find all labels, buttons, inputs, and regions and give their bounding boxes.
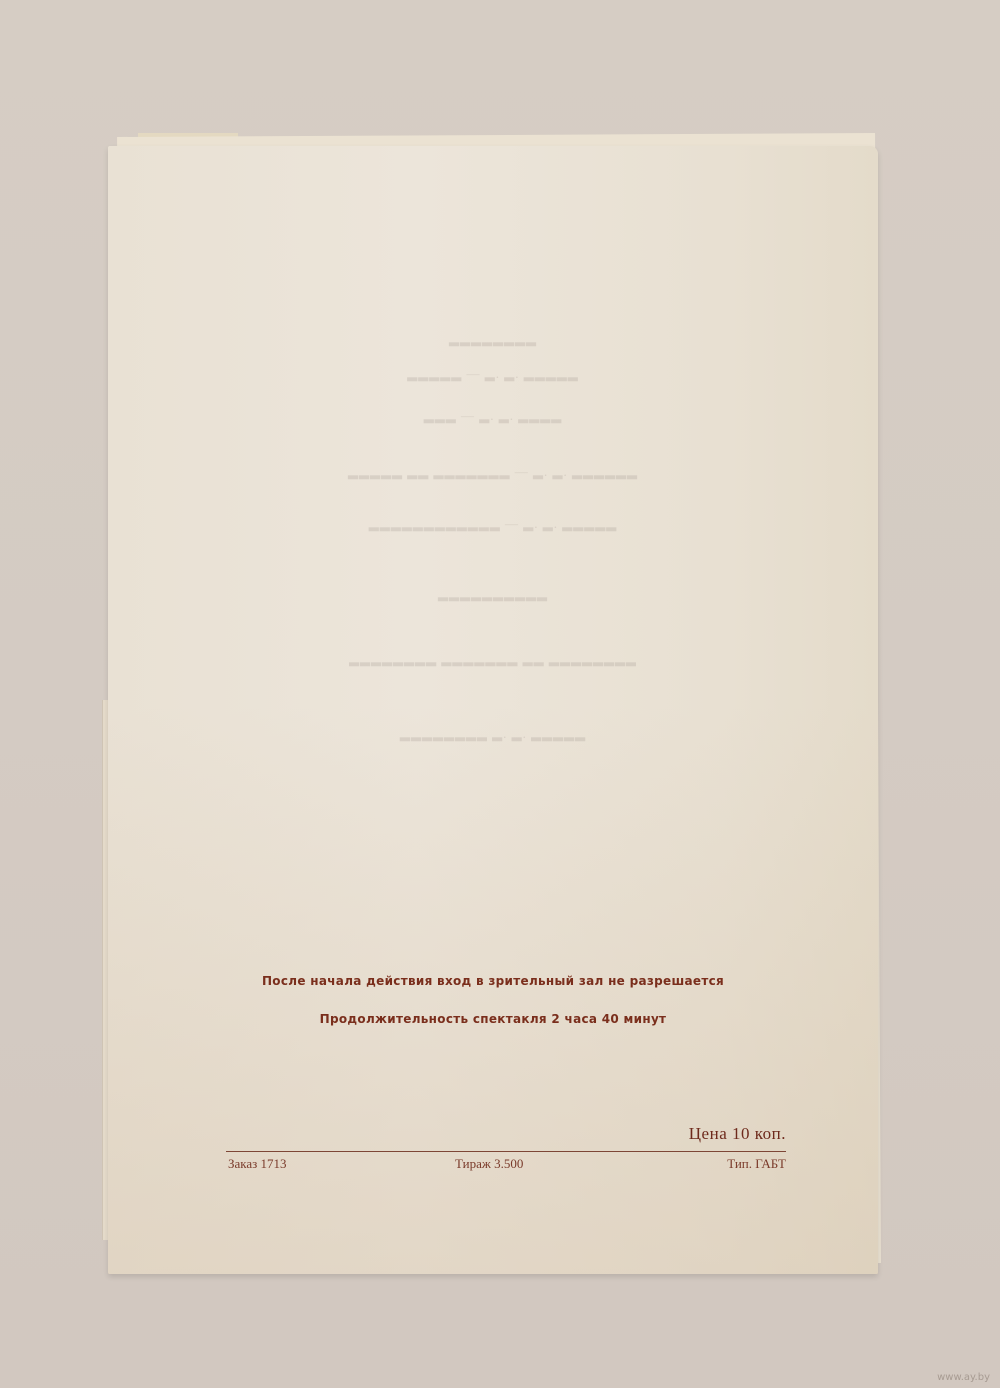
watermark: www.ay.by [937, 1372, 990, 1383]
order-number: Заказ 1713 [228, 1156, 287, 1172]
printer-name: Тип. ГАБТ [727, 1156, 786, 1172]
duration-notice: Продолжительность спектакля 2 часа 40 ми… [108, 1012, 878, 1026]
print-run: Тираж 3.500 [455, 1156, 523, 1172]
show-through-text: ▂▂▂ — ▂. ▂. ▂▂▂▂ [108, 408, 878, 424]
show-through-text: ▂▂▂▂▂▂▂▂▂▂ [108, 586, 878, 602]
show-through-text: ▂▂▂▂▂ ▂▂ ▂▂▂▂▂▂▂ — ▂. ▂. ▂▂▂▂▂▂ [108, 464, 878, 480]
imprint-divider [226, 1151, 786, 1152]
paper-shading [108, 706, 878, 1274]
show-through-text: ▂▂▂▂▂▂▂▂ ▂▂▂▂▂▂▂ ▂▂ ▂▂▂▂▂▂▂▂ [108, 651, 878, 667]
show-through-text: ▂▂▂▂▂▂▂▂ [108, 331, 878, 347]
price-label: Цена 10 коп. [689, 1124, 786, 1144]
show-through-text: ▂▂▂▂▂▂▂▂▂▂▂▂ — ▂. ▂. ▂▂▂▂▂ [108, 516, 878, 532]
show-through-text: ▂▂▂▂▂ — ▂. ▂. ▂▂▂▂▂ [108, 366, 878, 382]
programme-page: ▂▂▂▂▂▂▂▂ ▂▂▂▂▂ — ▂. ▂. ▂▂▂▂▂ ▂▂▂ — ▂. ▂.… [108, 146, 878, 1274]
late-entry-notice: После начала действия вход в зрительный … [108, 974, 878, 988]
show-through-text: ▂▂▂▂▂▂▂▂ ▂. ▂. ▂▂▂▂▂ [108, 726, 878, 742]
